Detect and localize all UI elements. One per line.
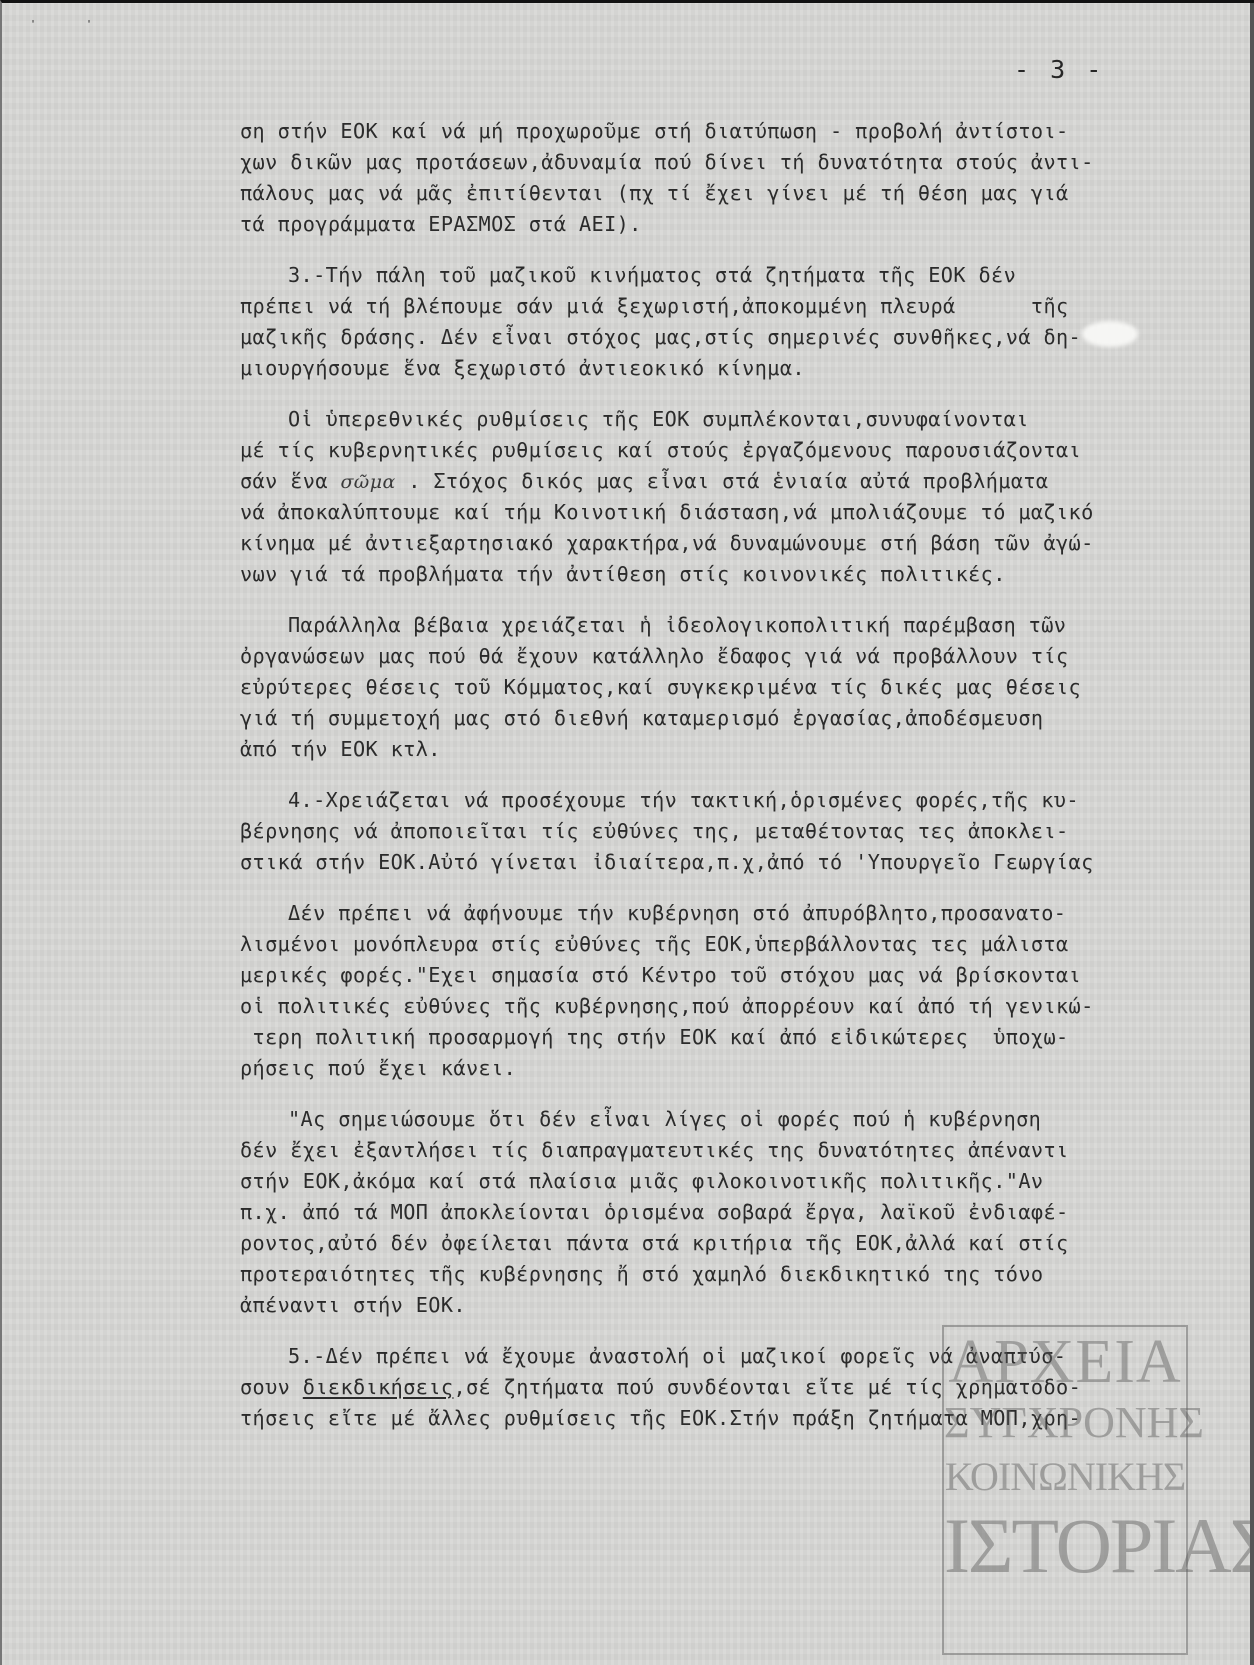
- text-line: π.χ. ἀπό τά ΜΟΠ ἀποκλείονται ὁρισμένα σο…: [240, 1197, 1250, 1228]
- text-line: νων γιά τά προβλήματα τήν ἀντίθεση στίς …: [240, 559, 1250, 590]
- text-line: λισμένοι μονόπλευρα στίς εὐθύνες τῆς ΕΟΚ…: [240, 929, 1250, 960]
- paragraph: 3.-Τήν πάλη τοῦ μαζικοῦ κινήματος στά ζη…: [240, 260, 1250, 384]
- paragraph: Δέν πρέπει νά ἀφήνουμε τήν κυβέρνηση στό…: [240, 898, 1250, 1084]
- text-line: "Ας σημειώσουμε ὅτι δέν εἶναι λίγες οἱ φ…: [240, 1104, 1250, 1135]
- text-line: ρήσεις πού ἔχει κάνει.: [240, 1053, 1250, 1084]
- text-line: προτεραιότητες τῆς κυβέρνησης ἤ στό χαμη…: [240, 1259, 1250, 1290]
- text-line: γιά τή συμμετοχή μας στό διεθνή καταμερι…: [240, 703, 1250, 734]
- watermark-line: ΙΣΤΟΡΙΑΣ: [944, 1507, 1186, 1585]
- paragraph: 5.-Δέν πρέπει νά ἔχουμε ἀναστολή οἱ μαζι…: [240, 1341, 1250, 1434]
- text-line: ση στήν ΕΟΚ καί νά μή προχωροῦμε στή δια…: [240, 116, 1250, 147]
- text-line: μαζικῆς δράσης. Δέν εἶναι στόχος μας,στί…: [240, 322, 1250, 353]
- paragraph-gap: [240, 878, 1250, 898]
- text-line: 5.-Δέν πρέπει νά ἔχουμε ἀναστολή οἱ μαζι…: [240, 1341, 1250, 1372]
- text-line: βέρνησης νά ἀποποιεῖται τίς εὐθύνες της,…: [240, 816, 1250, 847]
- paragraph-gap: [240, 1321, 1250, 1341]
- text-line: 4.-Χρειάζεται νά προσέχουμε τήν τακτική,…: [240, 785, 1250, 816]
- text-line: στήν ΕΟΚ,ἀκόμα καί στά πλαίσια μιᾶς φιλο…: [240, 1166, 1250, 1197]
- paragraph-gap: [240, 590, 1250, 610]
- text-line: τά προγράμματα ΕΡΑΣΜΟΣ στά ΑΕΙ).: [240, 209, 1250, 240]
- page-number: - 3 -: [1014, 55, 1104, 84]
- text-line: σουν διεκδικήσεις,σέ ζητήματα πού συνδέο…: [240, 1372, 1250, 1403]
- text-line: μιουργήσουμε ἕνα ξεχωριστό ἀντιεοκικό κί…: [240, 353, 1250, 384]
- scanned-document-page: ' ' - 3 - ση στήν ΕΟΚ καί νά μή προχωροῦ…: [0, 0, 1254, 1665]
- paragraph: ση στήν ΕΟΚ καί νά μή προχωροῦμε στή δια…: [240, 116, 1250, 240]
- text-line: πρέπει νά τή βλέπουμε σάν μιά ξεχωριστή,…: [240, 291, 1250, 322]
- text-line: ἀπό τήν ΕΟΚ κτλ.: [240, 734, 1250, 765]
- text-line: τήσεις εἴτε μέ ἄλλες ρυθμίσεις τῆς ΕΟΚ.Σ…: [240, 1403, 1250, 1434]
- text-line: σάν ἕνα σῶμα . Στόχος δικός μας εἶναι στ…: [240, 466, 1250, 497]
- text-line: εὐρύτερες θέσεις τοῦ Κόμματος,καί συγκεκ…: [240, 672, 1250, 703]
- text-line: χων δικῶν μας προτάσεων,ἀδυναμία πού δίν…: [240, 147, 1250, 178]
- document-body: ση στήν ΕΟΚ καί νά μή προχωροῦμε στή δια…: [240, 116, 1250, 1434]
- text-line: τερη πολιτική προσαρμογή της στήν ΕΟΚ κα…: [240, 1022, 1250, 1053]
- text-line: Οἱ ὑπερεθνικές ρυθμίσεις τῆς ΕΟΚ συμπλέκ…: [240, 404, 1250, 435]
- paragraph: 4.-Χρειάζεται νά προσέχουμε τήν τακτική,…: [240, 785, 1250, 878]
- text-line: μερικές φορές."Εχει σημασία στό Κέντρο τ…: [240, 960, 1250, 991]
- watermark-line: ΚΟΙΝΩΝΙΚΗΣ: [944, 1457, 1186, 1497]
- text-line: ροντος,αὐτό δέν ὀφείλεται πάντα στά κριτ…: [240, 1228, 1250, 1259]
- paragraph-gap: [240, 765, 1250, 785]
- text-line: στικά στήν ΕΟΚ.Αὐτό γίνεται ἰδιαίτερα,π.…: [240, 847, 1250, 878]
- paragraph-gap: [240, 240, 1250, 260]
- text-line: κίνημα μέ ἀντιεξαρτησιακό χαρακτήρα,νά δ…: [240, 528, 1250, 559]
- text-line: ὀργανώσεων μας πού θά ἔχουν κατάλληλο ἔδ…: [240, 641, 1250, 672]
- handwritten-correction: σῶμα: [340, 471, 395, 493]
- text-line: 3.-Τήν πάλη τοῦ μαζικοῦ κινήματος στά ζη…: [240, 260, 1250, 291]
- page-edge-shadow: [1250, 3, 1254, 1665]
- paragraph-gap: [240, 1084, 1250, 1104]
- text-line: ἀπέναντι στήν ΕΟΚ.: [240, 1290, 1250, 1321]
- underlined-word: διεκδικήσεις: [303, 1375, 454, 1399]
- paragraph: Οἱ ὑπερεθνικές ρυθμίσεις τῆς ΕΟΚ συμπλέκ…: [240, 404, 1250, 590]
- paragraph-gap: [240, 384, 1250, 404]
- text-line: οἱ πολιτικές εὐθύνες τῆς κυβέρνησης,πού …: [240, 991, 1250, 1022]
- text-line: Παράλληλα βέβαια χρειάζεται ἡ ἰδεολογικο…: [240, 610, 1250, 641]
- corner-marks: ' ': [30, 19, 114, 30]
- text-line: μέ τίς κυβερνητικές ρυθμίσεις καί στούς …: [240, 435, 1250, 466]
- text-line: δέν ἔχει ἐξαντλήσει τίς διαπραγματευτικέ…: [240, 1135, 1250, 1166]
- paragraph: "Ας σημειώσουμε ὅτι δέν εἶναι λίγες οἱ φ…: [240, 1104, 1250, 1321]
- text-line: Δέν πρέπει νά ἀφήνουμε τήν κυβέρνηση στό…: [240, 898, 1250, 929]
- text-line: πάλους μας νά μᾶς ἐπιτίθενται (πχ τί ἔχε…: [240, 178, 1250, 209]
- text-line: νά ἀποκαλύπτουμε καί τήμ Κοινοτική διάστ…: [240, 497, 1250, 528]
- paragraph: Παράλληλα βέβαια χρειάζεται ἡ ἰδεολογικο…: [240, 610, 1250, 765]
